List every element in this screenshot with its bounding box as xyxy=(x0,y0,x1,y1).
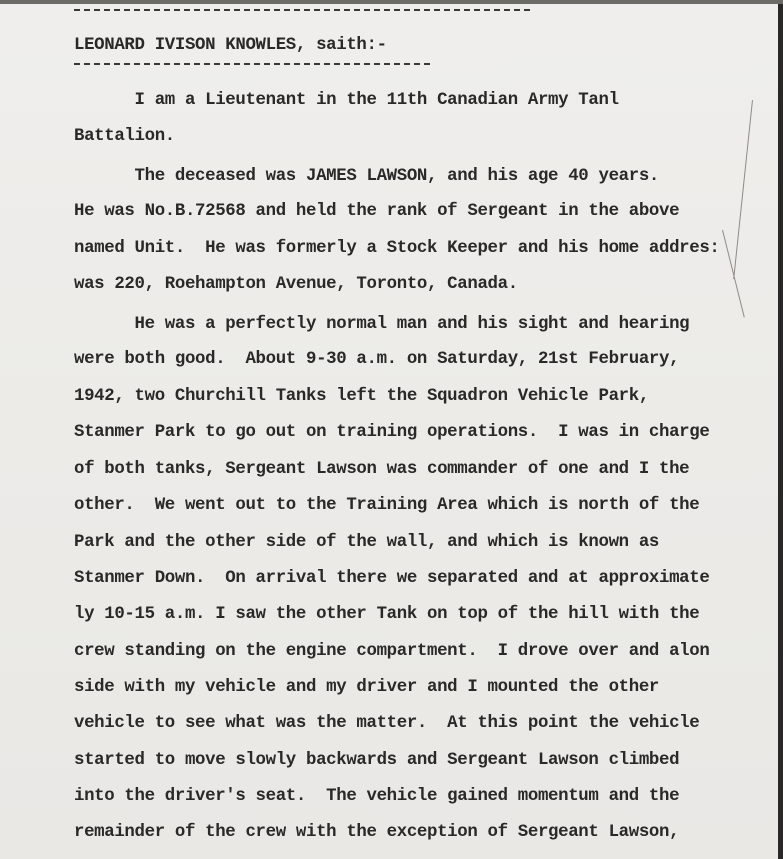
text-line: I am a Lieutenant in the 11th Canadian A… xyxy=(74,91,619,111)
text-line: The deceased was JAMES LAWSON, and his a… xyxy=(74,167,659,187)
text-line: was 220, Roehampton Avenue, Toronto, Can… xyxy=(74,275,518,295)
text-line: Stanmer Park to go out on training opera… xyxy=(74,423,709,443)
text-line: vehicle to see what was the matter. At t… xyxy=(74,714,699,734)
text-line: of both tanks, Sergeant Lawson was comma… xyxy=(74,460,689,480)
text-line: Stanmer Down. On arrival there we separa… xyxy=(74,569,709,589)
text-line: crew standing on the engine compartment.… xyxy=(74,642,709,662)
text-line: other. We went out to the Training Area … xyxy=(74,496,699,516)
text-line: Battalion. xyxy=(74,127,175,147)
text-line: ly 10-15 a.m. I saw the other Tank on to… xyxy=(74,605,699,625)
text-line: He was a perfectly normal man and his si… xyxy=(74,315,689,335)
top-dashed-rule xyxy=(74,9,530,11)
scan-right-border xyxy=(778,4,783,859)
text-line: were both good. About 9-30 a.m. on Satur… xyxy=(74,350,679,370)
text-line: He was No.B.72568 and held the rank of S… xyxy=(74,202,679,222)
heading-underline xyxy=(74,63,430,65)
text-line: side with my vehicle and my driver and I… xyxy=(74,678,659,698)
text-line: into the driver's seat. The vehicle gain… xyxy=(74,787,679,807)
text-line: 1942, two Churchill Tanks left the Squad… xyxy=(74,387,649,407)
text-line: started to move slowly backwards and Ser… xyxy=(74,751,679,771)
deposition-heading: LEONARD IVISON KNOWLES, saith:- xyxy=(74,36,387,56)
text-line: Park and the other side of the wall, and… xyxy=(74,533,659,553)
text-line: remainder of the crew with the exception… xyxy=(74,823,679,843)
text-line: named Unit. He was formerly a Stock Keep… xyxy=(74,239,720,259)
